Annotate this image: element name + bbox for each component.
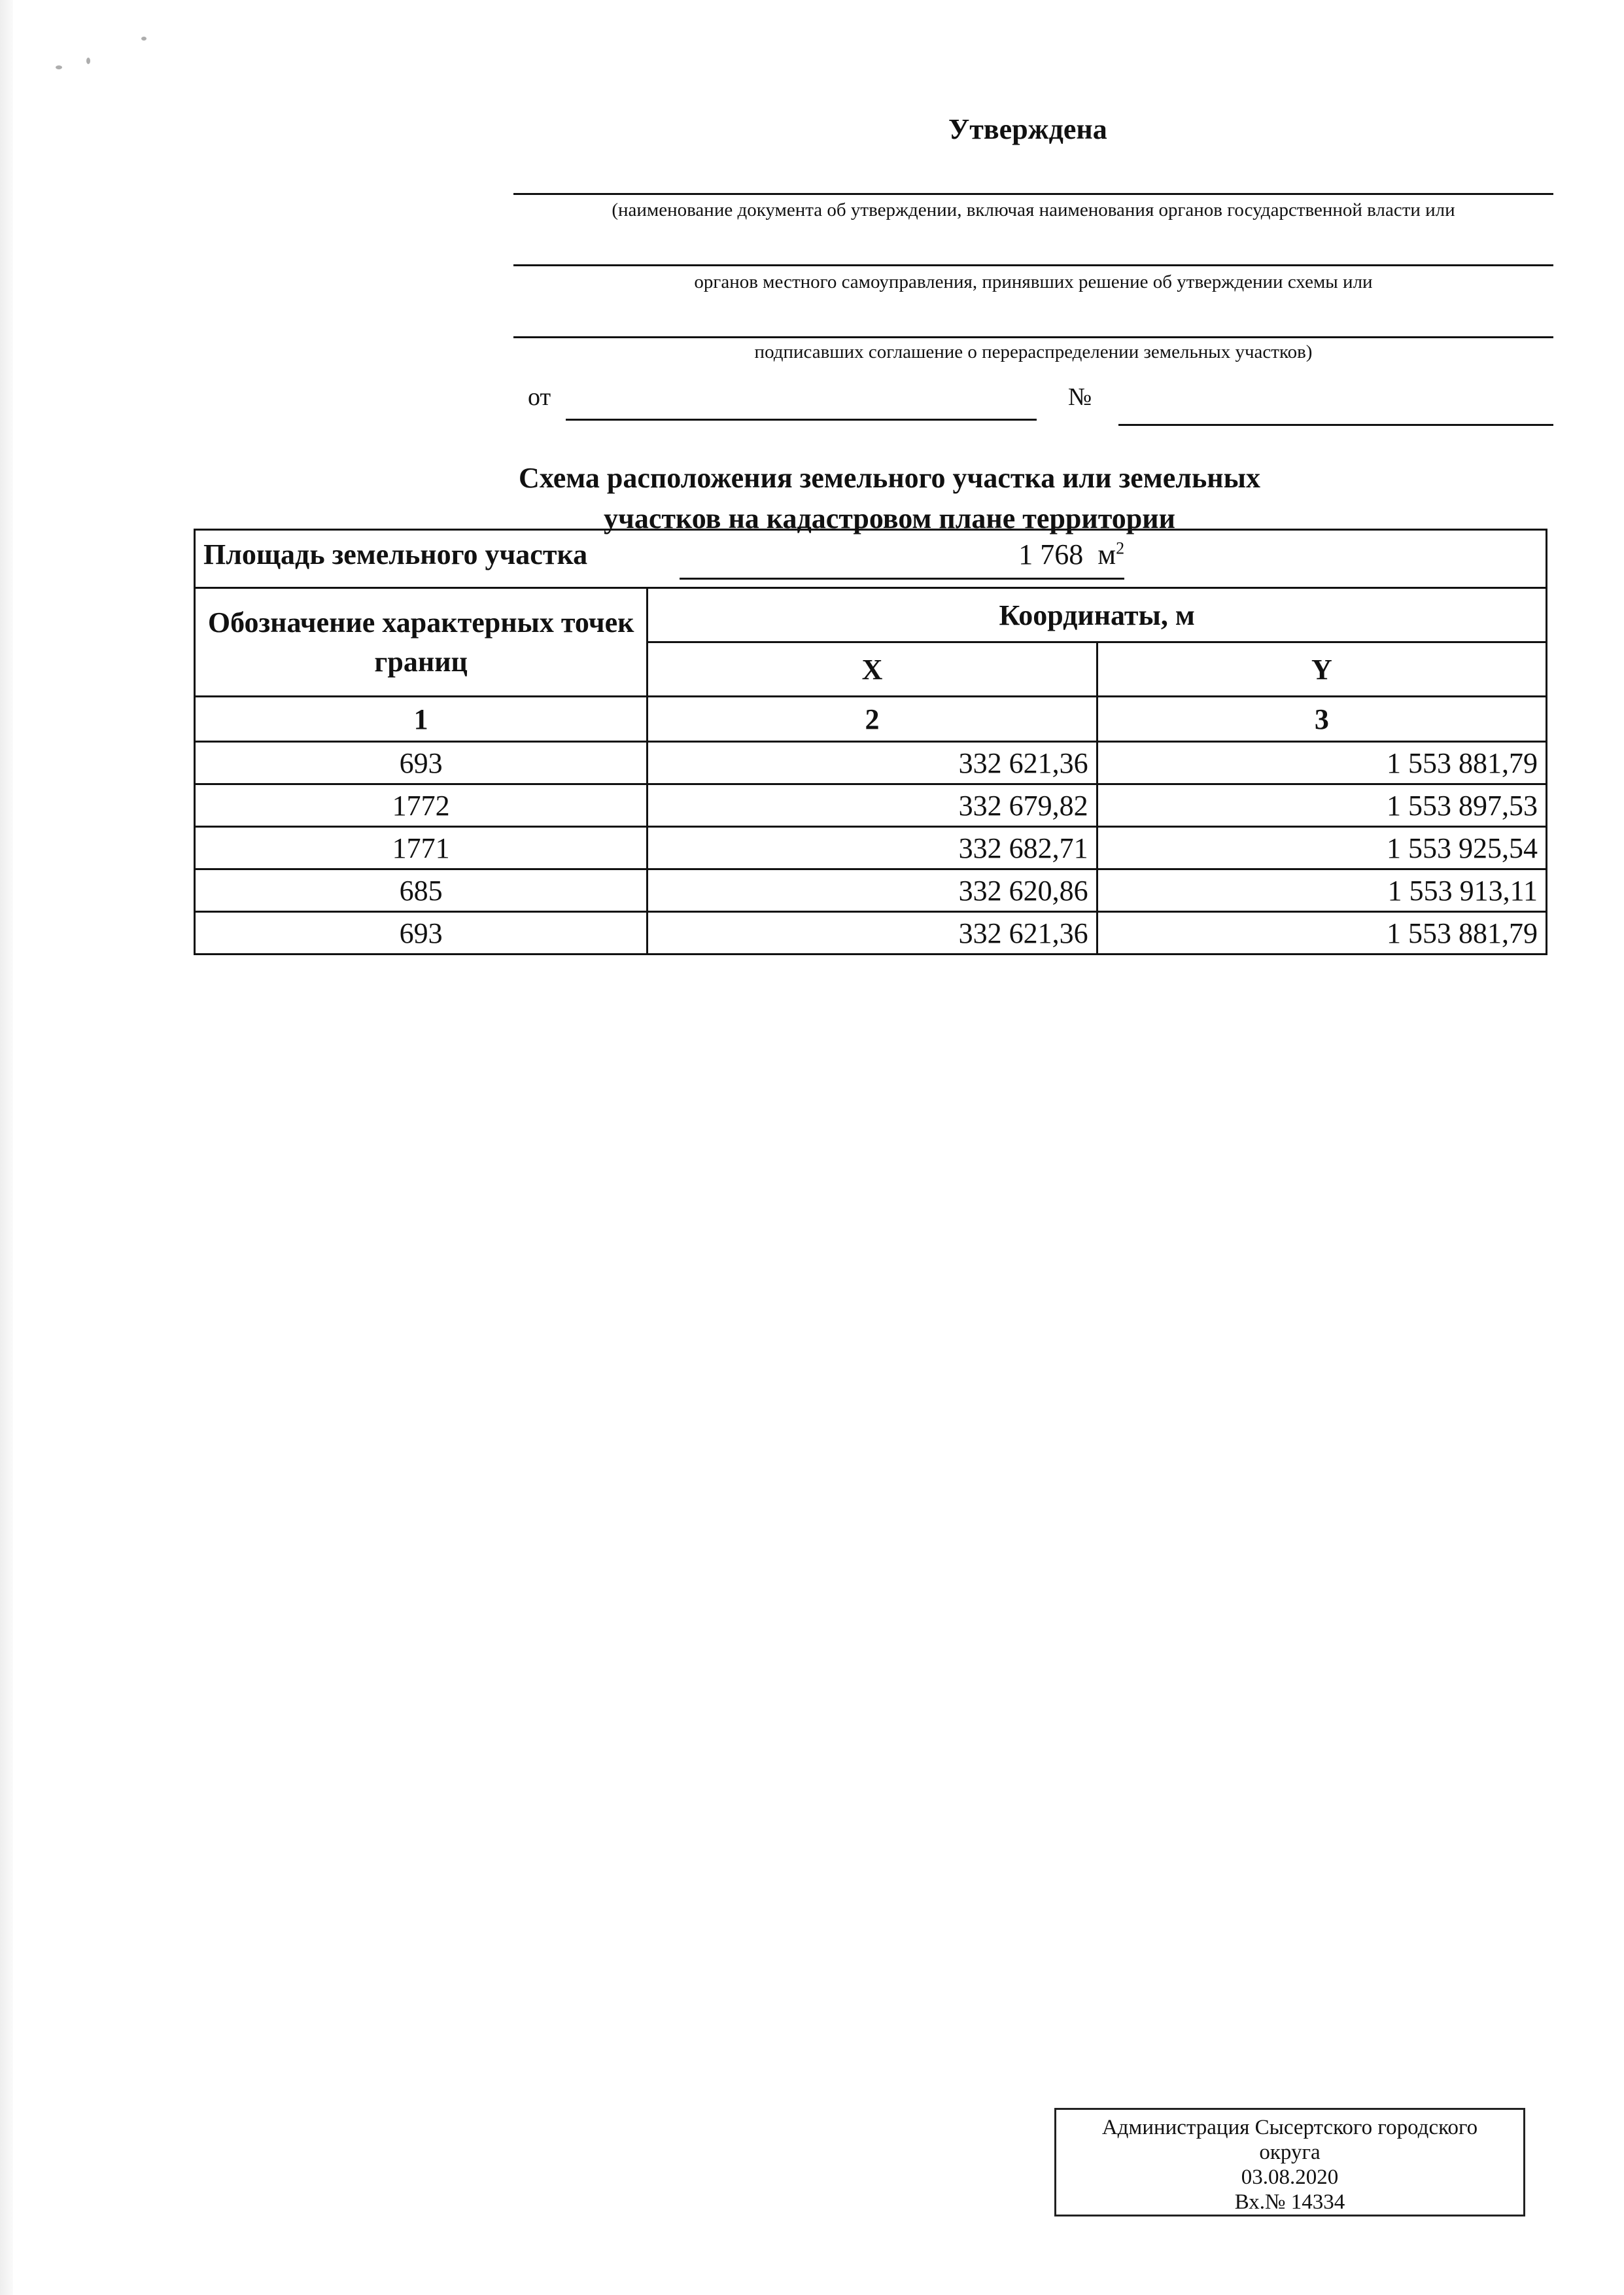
area-row: Площадь земельного участка 1 768 м2 [195, 530, 1547, 588]
y-cell: 1 553 881,79 [1097, 742, 1546, 784]
date-label: от [528, 383, 551, 412]
table-row: 685 332 620,86 1 553 913,11 [195, 869, 1547, 912]
scan-artifact [56, 65, 62, 69]
stamp-organization-line-2: округа [1056, 2140, 1523, 2165]
approval-document-line-2[interactable] [513, 264, 1553, 266]
area-unit: м2 [1090, 538, 1124, 570]
scan-edge [0, 0, 13, 2295]
scan-artifact [86, 58, 90, 64]
stamp-organization-line-1: Администрация Сысертского городского [1056, 2115, 1523, 2140]
scheme-title: Схема расположения земельного участка ил… [392, 458, 1387, 539]
approval-caption-2: органов местного самоуправления, принявш… [513, 272, 1553, 293]
area-label: Площадь земельного участка [203, 536, 587, 570]
x-cell: 332 620,86 [648, 869, 1097, 912]
column-number-1: 1 [195, 697, 648, 742]
y-cell: 1 553 881,79 [1097, 912, 1546, 955]
point-cell: 1771 [195, 827, 648, 869]
x-cell: 332 621,36 [648, 912, 1097, 955]
table-row: 693 332 621,36 1 553 881,79 [195, 912, 1547, 955]
area-field: 1 768 м2 [680, 538, 1124, 580]
approved-title: Утверждена [948, 113, 1107, 146]
column-number-3: 3 [1097, 697, 1546, 742]
column-number-row: 1 2 3 [195, 697, 1547, 742]
y-cell: 1 553 897,53 [1097, 784, 1546, 827]
coordinates-header: Координаты, м [648, 588, 1547, 642]
approval-document-line-1[interactable] [513, 193, 1553, 195]
y-cell: 1 553 925,54 [1097, 827, 1546, 869]
area-value: 1 768 [1018, 538, 1083, 570]
number-label: № [1068, 383, 1092, 412]
point-cell: 693 [195, 742, 648, 784]
approval-caption-1: (наименование документа об утверждении, … [513, 200, 1553, 221]
stamp-date: 03.08.2020 [1056, 2165, 1523, 2190]
approval-document-line-3[interactable] [513, 336, 1553, 338]
scheme-title-line-1: Схема расположения земельного участка ил… [392, 458, 1387, 499]
table-row: 1772 332 679,82 1 553 897,53 [195, 784, 1547, 827]
coordinates-table: Площадь земельного участка 1 768 м2 Обоз… [194, 529, 1547, 955]
number-field-line[interactable] [1118, 424, 1553, 426]
point-cell: 685 [195, 869, 648, 912]
column-number-2: 2 [648, 697, 1097, 742]
x-cell: 332 621,36 [648, 742, 1097, 784]
point-cell: 1772 [195, 784, 648, 827]
registration-stamp: Администрация Сысертского городского окр… [1054, 2108, 1525, 2216]
stamp-incoming-number: Вх.№ 14334 [1056, 2190, 1523, 2215]
area-unit-sup: 2 [1116, 538, 1124, 557]
table-row: 1771 332 682,71 1 553 925,54 [195, 827, 1547, 869]
y-column-header: Y [1097, 642, 1546, 697]
x-cell: 332 682,71 [648, 827, 1097, 869]
area-unit-text: м [1097, 538, 1116, 570]
date-field-line[interactable] [566, 419, 1037, 421]
y-cell: 1 553 913,11 [1097, 869, 1546, 912]
x-column-header: X [648, 642, 1097, 697]
scan-artifact [141, 37, 147, 41]
area-cell: Площадь земельного участка 1 768 м2 [195, 530, 1547, 588]
header-row-1: Обозначение характерных точек границ Коо… [195, 588, 1547, 642]
x-cell: 332 679,82 [648, 784, 1097, 827]
points-column-header: Обозначение характерных точек границ [195, 588, 648, 697]
table-row: 693 332 621,36 1 553 881,79 [195, 742, 1547, 784]
approval-caption-3: подписавших соглашение о перераспределен… [513, 342, 1553, 363]
point-cell: 693 [195, 912, 648, 955]
